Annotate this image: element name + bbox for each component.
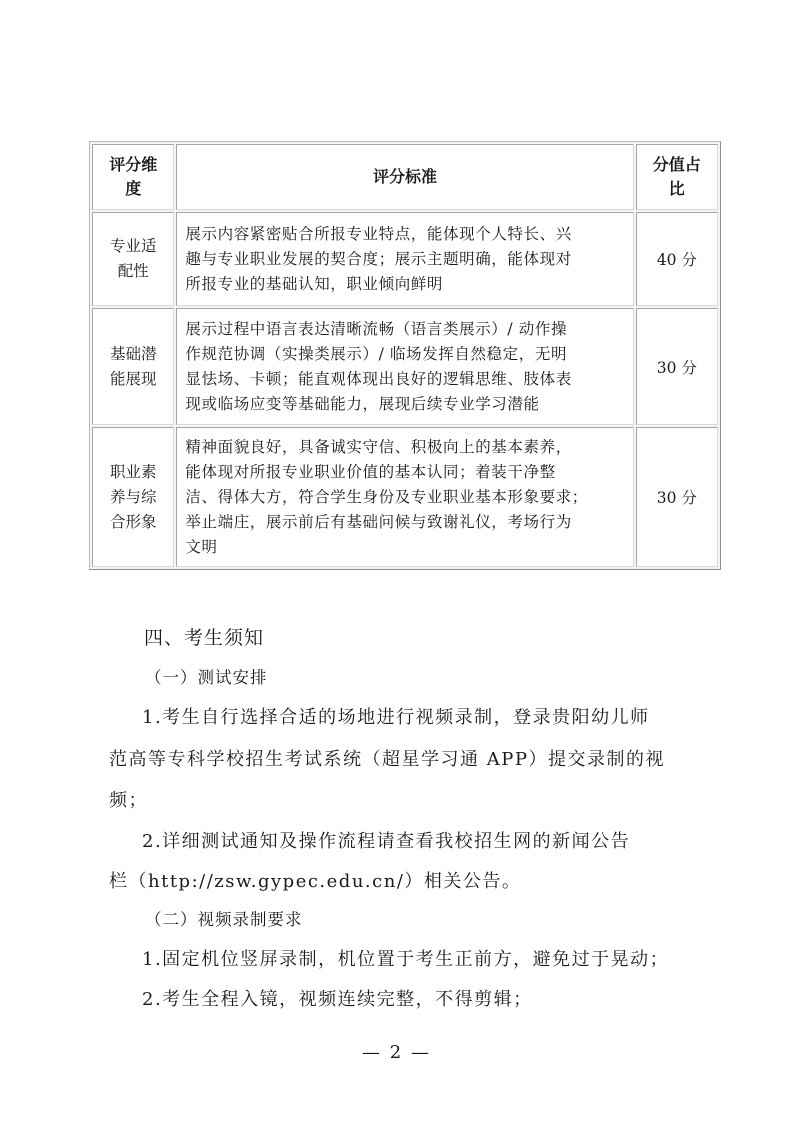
paragraph-line: 频；	[109, 786, 148, 812]
paragraph-line: 栏（http://zsw.gypec.edu.cn/）相关公告。	[109, 867, 521, 893]
paragraph-line: 1.固定机位竖屏录制，机位置于考生正前方，避免过于晃动；	[142, 945, 669, 971]
table-row: 职业素 养与综 合形象 精神面貌良好，具备诚实守信、积极向上的基本素养， 能体现…	[92, 427, 718, 567]
subsection-heading-video-requirements: （二）视频录制要求	[145, 906, 303, 930]
dimension-cell: 基础潜 能展现	[92, 308, 174, 425]
paragraph-line: 2.考生全程入镜，视频连续完整，不得剪辑；	[142, 985, 533, 1011]
standard-cell: 展示过程中语言表达清晰流畅（语言类展示）/ 动作操 作规范协调（实操类展示）/ …	[176, 308, 633, 425]
table-header-row: 评分维 度 评分标准 分值占 比	[92, 144, 718, 210]
section-heading-candidate-notice: 四、考生须知	[144, 623, 264, 650]
paragraph-line: 范高等专科学校招生考试系统（超星学习通 APP）提交录制的视	[109, 745, 665, 771]
score-cell: 30 分	[636, 427, 718, 567]
score-cell: 40 分	[636, 212, 718, 306]
header-standard: 评分标准	[176, 144, 633, 210]
standard-cell: 展示内容紧密贴合所报专业特点，能体现个人特长、兴 趣与专业职业发展的契合度；展示…	[176, 212, 633, 306]
document-page: 评分维 度 评分标准 分值占 比 专业适 配性 展示内容紧密贴合所报专业特点，能…	[0, 0, 793, 1122]
dimension-cell: 专业适 配性	[92, 212, 174, 306]
table-row: 基础潜 能展现 展示过程中语言表达清晰流畅（语言类展示）/ 动作操 作规范协调（…	[92, 308, 718, 425]
paragraph-line: 2.详细测试通知及操作流程请查看我校招生网的新闻公告	[142, 827, 630, 853]
scoring-criteria-table: 评分维 度 评分标准 分值占 比 专业适 配性 展示内容紧密贴合所报专业特点，能…	[89, 141, 721, 570]
paragraph-line: 1.考生自行选择合适的场地进行视频录制，登录贵阳幼儿师	[142, 703, 650, 729]
page-number: — 2 —	[0, 1042, 793, 1063]
header-score: 分值占 比	[636, 144, 718, 210]
header-dimension: 评分维 度	[92, 144, 174, 210]
subsection-heading-test-arrangement: （一）测试安排	[145, 664, 268, 688]
standard-cell: 精神面貌良好，具备诚实守信、积极向上的基本素养， 能体现对所报专业职业价值的基本…	[176, 427, 633, 567]
score-cell: 30 分	[636, 308, 718, 425]
dimension-cell: 职业素 养与综 合形象	[92, 427, 174, 567]
table-row: 专业适 配性 展示内容紧密贴合所报专业特点，能体现个人特长、兴 趣与专业职业发展…	[92, 212, 718, 306]
